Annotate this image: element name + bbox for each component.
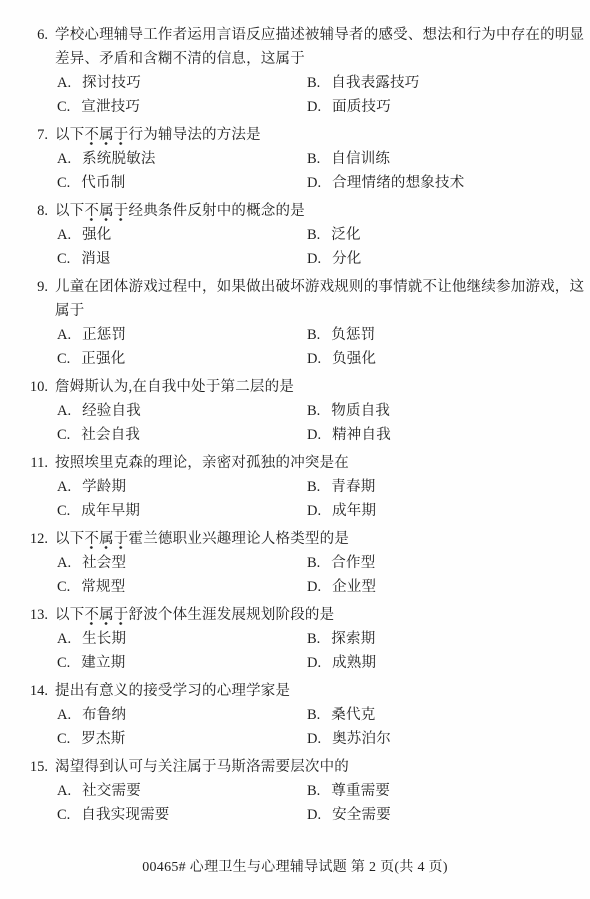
stem-line: 提出有意义的接受学习的心理学家是 [55, 679, 572, 703]
option-label: C. [57, 347, 70, 371]
question-stem: 詹姆斯认为,在自我中处于第二层的是 [55, 375, 572, 399]
option-c: C.自我实现需要 [57, 803, 307, 827]
options-row: A.布鲁纳B.桑代克 [57, 703, 572, 727]
option-text: 消退 [81, 247, 110, 271]
option-text: 桑代克 [331, 703, 375, 727]
question-10: 10.詹姆斯认为,在自我中处于第二层的是A.经验自我B.物质自我C.社会自我D.… [20, 375, 572, 447]
option-text: 合作型 [331, 551, 375, 575]
stem-emphasized-text: 不属于 [84, 127, 128, 146]
option-text: 成年期 [332, 499, 376, 523]
option-label: B. [307, 475, 320, 499]
option-label: A. [57, 475, 71, 499]
option-text: 自信训练 [331, 147, 390, 171]
question-stem: 以下不属于经典条件反射中的概念的是 [55, 199, 572, 223]
option-a: A.探讨技巧 [57, 71, 307, 95]
stem-text: 属于 [55, 303, 84, 319]
options-row: C.社会自我D.精神自我 [57, 423, 572, 447]
option-text: 社交需要 [82, 779, 141, 803]
option-label: C. [57, 803, 70, 827]
options: A.强化B.泛化C.消退D.分化 [20, 223, 572, 271]
option-b: B.合作型 [307, 551, 572, 575]
options-row: C.正强化D.负强化 [57, 347, 572, 371]
stem-text: 经典条件反射中的概念的是 [129, 203, 305, 219]
option-d: D.精神自我 [307, 423, 572, 447]
option-text: 成熟期 [332, 651, 376, 675]
question-stem-row: 6.学校心理辅导工作者运用言语反应描述被辅导者的感受、想法和行为中存在的明显差异… [20, 23, 572, 71]
stem-emphasized-text: 不属于 [84, 531, 128, 550]
option-text: 物质自我 [331, 399, 390, 423]
option-text: 安全需要 [332, 803, 391, 827]
option-c: C.代币制 [57, 171, 307, 195]
option-a: A.经验自我 [57, 399, 307, 423]
question-stem-row: 9.儿童在团体游戏过程中，如果做出破坏游戏规则的事情就不让他继续参加游戏，这属于 [20, 275, 572, 323]
question-number: 8. [20, 199, 48, 223]
option-label: B. [307, 703, 320, 727]
option-text: 成年早期 [81, 499, 140, 523]
stem-line: 以下不属于经典条件反射中的概念的是 [55, 199, 572, 223]
options: A.系统脱敏法B.自信训练C.代币制D.合理情绪的想象技术 [20, 147, 572, 195]
option-d: D.成熟期 [307, 651, 572, 675]
option-b: B.自信训练 [307, 147, 572, 171]
stem-line: 学校心理辅导工作者运用言语反应描述被辅导者的感受、想法和行为中存在的明显 [55, 23, 572, 47]
option-label: B. [307, 399, 320, 423]
option-label: D. [307, 423, 321, 447]
stem-line: 按照埃里克森的理论，亲密对孤独的冲突是在 [55, 451, 572, 475]
options-row: C.消退D.分化 [57, 247, 572, 271]
option-a: A.系统脱敏法 [57, 147, 307, 171]
option-a: A.社交需要 [57, 779, 307, 803]
question-stem: 以下不属于霍兰德职业兴趣理论人格类型的是 [55, 527, 572, 551]
stem-text: 提出有意义的接受学习的心理学家是 [55, 683, 290, 699]
options-row: A.经验自我B.物质自我 [57, 399, 572, 423]
question-stem: 按照埃里克森的理论，亲密对孤独的冲突是在 [55, 451, 572, 475]
option-text: 正惩罚 [82, 323, 126, 347]
option-text: 生长期 [82, 627, 126, 651]
question-11: 11.按照埃里克森的理论，亲密对孤独的冲突是在A.学龄期B.青春期C.成年早期D… [20, 451, 572, 523]
question-stem: 学校心理辅导工作者运用言语反应描述被辅导者的感受、想法和行为中存在的明显差异、矛… [55, 23, 572, 71]
stem-text: 学校心理辅导工作者运用言语反应描述被辅导者的感受、想法和行为中存在的明显 [55, 27, 584, 43]
options-row: C.自我实现需要D.安全需要 [57, 803, 572, 827]
option-d: D.企业型 [307, 575, 572, 599]
stem-text: 儿童在团体游戏过程中，如果做出破坏游戏规则的事情就不让他继续参加游戏，这 [55, 279, 584, 295]
question-8: 8.以下不属于经典条件反射中的概念的是A.强化B.泛化C.消退D.分化 [20, 199, 572, 271]
page-footer: 00465# 心理卫生与心理辅导试题 第 2 页(共 4 页) [0, 856, 590, 876]
question-stem: 以下不属于舒波个体生涯发展规划阶段的是 [55, 603, 572, 627]
option-d: D.分化 [307, 247, 572, 271]
option-text: 探讨技巧 [82, 71, 141, 95]
question-stem-row: 10.詹姆斯认为,在自我中处于第二层的是 [20, 375, 572, 399]
option-label: A. [57, 551, 71, 575]
option-text: 社会自我 [81, 423, 140, 447]
options-row: C.代币制D.合理情绪的想象技术 [57, 171, 572, 195]
option-a: A.布鲁纳 [57, 703, 307, 727]
question-6: 6.学校心理辅导工作者运用言语反应描述被辅导者的感受、想法和行为中存在的明显差异… [20, 23, 572, 119]
option-label: C. [57, 423, 70, 447]
option-text: 企业型 [332, 575, 376, 599]
option-a: A.学龄期 [57, 475, 307, 499]
option-text: 建立期 [81, 651, 125, 675]
stem-text: 舒波个体生涯发展规划阶段的是 [129, 607, 335, 623]
stem-text: 以下 [55, 531, 84, 547]
option-c: C.社会自我 [57, 423, 307, 447]
option-text: 负强化 [332, 347, 376, 371]
option-d: D.奥苏泊尔 [307, 727, 572, 751]
option-c: C.宣泄技巧 [57, 95, 307, 119]
option-text: 青春期 [331, 475, 375, 499]
options: A.布鲁纳B.桑代克C.罗杰斯D.奥苏泊尔 [20, 703, 572, 751]
question-stem-row: 12.以下不属于霍兰德职业兴趣理论人格类型的是 [20, 527, 572, 551]
stem-text: 以下 [55, 607, 84, 623]
option-c: C.消退 [57, 247, 307, 271]
option-label: B. [307, 323, 320, 347]
question-number: 14. [20, 679, 48, 703]
option-label: C. [57, 247, 70, 271]
option-label: B. [307, 551, 320, 575]
option-label: D. [307, 499, 321, 523]
option-text: 合理情绪的想象技术 [332, 171, 464, 195]
options: A.社交需要B.尊重需要C.自我实现需要D.安全需要 [20, 779, 572, 827]
options-row: C.建立期D.成熟期 [57, 651, 572, 675]
option-text: 强化 [82, 223, 111, 247]
option-a: A.社会型 [57, 551, 307, 575]
question-7: 7.以下不属于行为辅导法的方法是A.系统脱敏法B.自信训练C.代币制D.合理情绪… [20, 123, 572, 195]
stem-emphasized-text: 不属于 [84, 203, 128, 222]
option-label: A. [57, 147, 71, 171]
option-label: C. [57, 171, 70, 195]
stem-text: 以下 [55, 203, 84, 219]
option-text: 分化 [332, 247, 361, 271]
option-label: A. [57, 71, 71, 95]
option-text: 精神自我 [332, 423, 391, 447]
options-row: A.学龄期B.青春期 [57, 475, 572, 499]
stem-text: 按照埃里克森的理论，亲密对孤独的冲突是在 [55, 455, 349, 471]
option-label: D. [307, 247, 321, 271]
option-d: D.负强化 [307, 347, 572, 371]
question-number: 7. [20, 123, 48, 147]
option-d: D.面质技巧 [307, 95, 572, 119]
option-label: D. [307, 651, 321, 675]
question-stem-row: 15.渴望得到认可与关注属于马斯洛需要层次中的 [20, 755, 572, 779]
option-label: D. [307, 575, 321, 599]
option-text: 学龄期 [82, 475, 126, 499]
question-number: 12. [20, 527, 48, 551]
options-row: A.强化B.泛化 [57, 223, 572, 247]
option-text: 罗杰斯 [81, 727, 125, 751]
options: A.经验自我B.物质自我C.社会自我D.精神自我 [20, 399, 572, 447]
question-stem: 以下不属于行为辅导法的方法是 [55, 123, 572, 147]
option-text: 自我实现需要 [81, 803, 169, 827]
option-label: D. [307, 171, 321, 195]
stem-line: 渴望得到认可与关注属于马斯洛需要层次中的 [55, 755, 572, 779]
stem-emphasized-text: 不属于 [84, 607, 128, 626]
option-text: 自我表露技巧 [331, 71, 419, 95]
question-12: 12.以下不属于霍兰德职业兴趣理论人格类型的是A.社会型B.合作型C.常规型D.… [20, 527, 572, 599]
option-label: A. [57, 779, 71, 803]
question-stem: 渴望得到认可与关注属于马斯洛需要层次中的 [55, 755, 572, 779]
question-stem: 儿童在团体游戏过程中，如果做出破坏游戏规则的事情就不让他继续参加游戏，这属于 [55, 275, 572, 323]
stem-line: 属于 [55, 299, 572, 323]
option-label: A. [57, 703, 71, 727]
option-label: C. [57, 575, 70, 599]
stem-text: 行为辅导法的方法是 [129, 127, 261, 143]
option-label: D. [307, 95, 321, 119]
option-label: C. [57, 727, 70, 751]
option-b: B.青春期 [307, 475, 572, 499]
option-d: D.安全需要 [307, 803, 572, 827]
option-label: B. [307, 71, 320, 95]
question-stem-row: 7.以下不属于行为辅导法的方法是 [20, 123, 572, 147]
stem-text: 霍兰德职业兴趣理论人格类型的是 [129, 531, 350, 547]
option-label: A. [57, 399, 71, 423]
option-a: A.生长期 [57, 627, 307, 651]
question-list: 6.学校心理辅导工作者运用言语反应描述被辅导者的感受、想法和行为中存在的明显差异… [20, 23, 572, 827]
footer-text: 00465# 心理卫生与心理辅导试题 第 2 页(共 4 页) [142, 860, 448, 875]
option-label: A. [57, 223, 71, 247]
option-label: B. [307, 779, 320, 803]
option-label: D. [307, 727, 321, 751]
question-number: 11. [20, 451, 48, 475]
question-13: 13.以下不属于舒波个体生涯发展规划阶段的是A.生长期B.探索期C.建立期D.成… [20, 603, 572, 675]
option-text: 代币制 [81, 171, 125, 195]
option-label: B. [307, 223, 320, 247]
options-row: C.常规型D.企业型 [57, 575, 572, 599]
stem-line: 差异、矛盾和含糊不清的信息，这属于 [55, 47, 572, 71]
options-row: A.社交需要B.尊重需要 [57, 779, 572, 803]
option-label: C. [57, 499, 70, 523]
question-stem: 提出有意义的接受学习的心理学家是 [55, 679, 572, 703]
question-9: 9.儿童在团体游戏过程中，如果做出破坏游戏规则的事情就不让他继续参加游戏，这属于… [20, 275, 572, 371]
option-b: B.尊重需要 [307, 779, 572, 803]
question-number: 10. [20, 375, 48, 399]
options-row: A.生长期B.探索期 [57, 627, 572, 651]
question-15: 15.渴望得到认可与关注属于马斯洛需要层次中的A.社交需要B.尊重需要C.自我实… [20, 755, 572, 827]
option-c: C.常规型 [57, 575, 307, 599]
option-b: B.物质自我 [307, 399, 572, 423]
options-row: A.社会型B.合作型 [57, 551, 572, 575]
option-label: C. [57, 651, 70, 675]
option-text: 经验自我 [82, 399, 141, 423]
option-text: 布鲁纳 [82, 703, 126, 727]
options: A.探讨技巧B.自我表露技巧C.宣泄技巧D.面质技巧 [20, 71, 572, 119]
option-label: D. [307, 347, 321, 371]
question-stem-row: 13.以下不属于舒波个体生涯发展规划阶段的是 [20, 603, 572, 627]
stem-line: 儿童在团体游戏过程中，如果做出破坏游戏规则的事情就不让他继续参加游戏，这 [55, 275, 572, 299]
stem-text: 詹姆斯认为,在自我中处于第二层的是 [55, 379, 294, 395]
question-number: 9. [20, 275, 48, 299]
question-number: 6. [20, 23, 48, 47]
option-d: D.合理情绪的想象技术 [307, 171, 572, 195]
option-label: B. [307, 147, 320, 171]
options: A.生长期B.探索期C.建立期D.成熟期 [20, 627, 572, 675]
stem-text: 差异、矛盾和含糊不清的信息，这属于 [55, 51, 305, 67]
option-text: 社会型 [82, 551, 126, 575]
stem-line: 以下不属于舒波个体生涯发展规划阶段的是 [55, 603, 572, 627]
question-stem-row: 8.以下不属于经典条件反射中的概念的是 [20, 199, 572, 223]
options-row: C.宣泄技巧D.面质技巧 [57, 95, 572, 119]
exam-page: 6.学校心理辅导工作者运用言语反应描述被辅导者的感受、想法和行为中存在的明显差异… [0, 0, 590, 899]
options-row: C.罗杰斯D.奥苏泊尔 [57, 727, 572, 751]
options-row: A.系统脱敏法B.自信训练 [57, 147, 572, 171]
options-row: C.成年早期D.成年期 [57, 499, 572, 523]
option-d: D.成年期 [307, 499, 572, 523]
question-number: 15. [20, 755, 48, 779]
option-a: A.强化 [57, 223, 307, 247]
option-text: 泛化 [331, 223, 360, 247]
option-text: 系统脱敏法 [82, 147, 156, 171]
option-text: 宣泄技巧 [81, 95, 140, 119]
option-c: C.正强化 [57, 347, 307, 371]
option-c: C.罗杰斯 [57, 727, 307, 751]
option-b: B.桑代克 [307, 703, 572, 727]
options: A.社会型B.合作型C.常规型D.企业型 [20, 551, 572, 599]
option-label: A. [57, 627, 71, 651]
stem-line: 詹姆斯认为,在自我中处于第二层的是 [55, 375, 572, 399]
option-text: 探索期 [331, 627, 375, 651]
option-c: C.成年早期 [57, 499, 307, 523]
option-label: A. [57, 323, 71, 347]
stem-line: 以下不属于行为辅导法的方法是 [55, 123, 572, 147]
option-text: 负惩罚 [331, 323, 375, 347]
stem-text: 以下 [55, 127, 84, 143]
question-number: 13. [20, 603, 48, 627]
options: A.学龄期B.青春期C.成年早期D.成年期 [20, 475, 572, 523]
options-row: A.探讨技巧B.自我表露技巧 [57, 71, 572, 95]
question-stem-row: 11.按照埃里克森的理论，亲密对孤独的冲突是在 [20, 451, 572, 475]
option-text: 常规型 [81, 575, 125, 599]
option-a: A.正惩罚 [57, 323, 307, 347]
options: A.正惩罚B.负惩罚C.正强化D.负强化 [20, 323, 572, 371]
option-b: B.探索期 [307, 627, 572, 651]
question-14: 14.提出有意义的接受学习的心理学家是A.布鲁纳B.桑代克C.罗杰斯D.奥苏泊尔 [20, 679, 572, 751]
option-text: 正强化 [81, 347, 125, 371]
option-b: B.泛化 [307, 223, 572, 247]
question-stem-row: 14.提出有意义的接受学习的心理学家是 [20, 679, 572, 703]
stem-text: 渴望得到认可与关注属于马斯洛需要层次中的 [55, 759, 349, 775]
options-row: A.正惩罚B.负惩罚 [57, 323, 572, 347]
option-label: B. [307, 627, 320, 651]
stem-line: 以下不属于霍兰德职业兴趣理论人格类型的是 [55, 527, 572, 551]
option-label: D. [307, 803, 321, 827]
option-label: C. [57, 95, 70, 119]
option-c: C.建立期 [57, 651, 307, 675]
option-b: B.负惩罚 [307, 323, 572, 347]
option-text: 尊重需要 [331, 779, 390, 803]
option-text: 奥苏泊尔 [332, 727, 391, 751]
option-b: B.自我表露技巧 [307, 71, 572, 95]
option-text: 面质技巧 [332, 95, 391, 119]
